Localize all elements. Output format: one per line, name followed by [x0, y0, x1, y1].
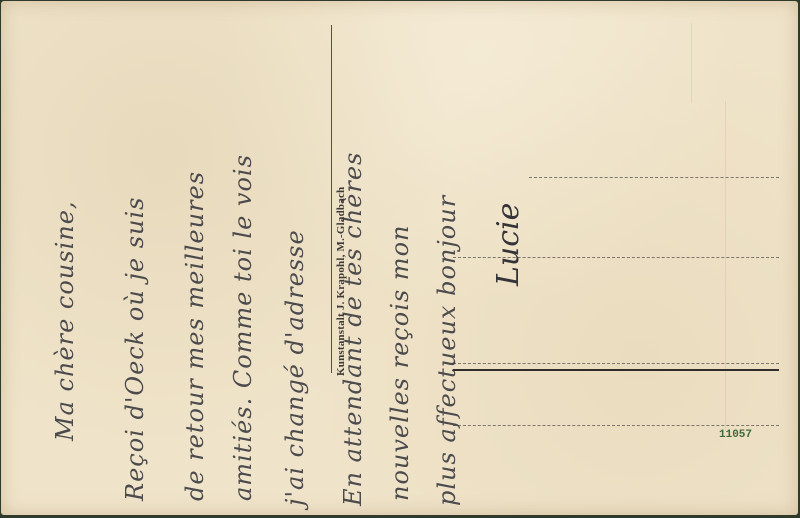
message-line: j'ai changé d'adresse — [281, 229, 309, 506]
message-line: amitiés. Comme toi le vois — [229, 154, 257, 501]
message-line: Reçoi d'Oeck où je suis — [121, 197, 149, 502]
postcard-back: Kunstanstalt J. Krapohl, M.-Gladbach 110… — [1, 1, 798, 515]
handwritten-message: Ma chère cousine, Reçoi d'Oeck où je sui… — [1, 1, 798, 515]
message-line: En attendant de tes chères — [339, 152, 367, 506]
signature: Lucie — [491, 203, 526, 286]
message-line: de retour mes meilleures — [181, 171, 209, 501]
message-line: Ma chère cousine, — [51, 200, 79, 441]
message-line: nouvelles reçois mon — [386, 225, 414, 501]
message-line: plus affectueux bonjour — [433, 195, 461, 506]
